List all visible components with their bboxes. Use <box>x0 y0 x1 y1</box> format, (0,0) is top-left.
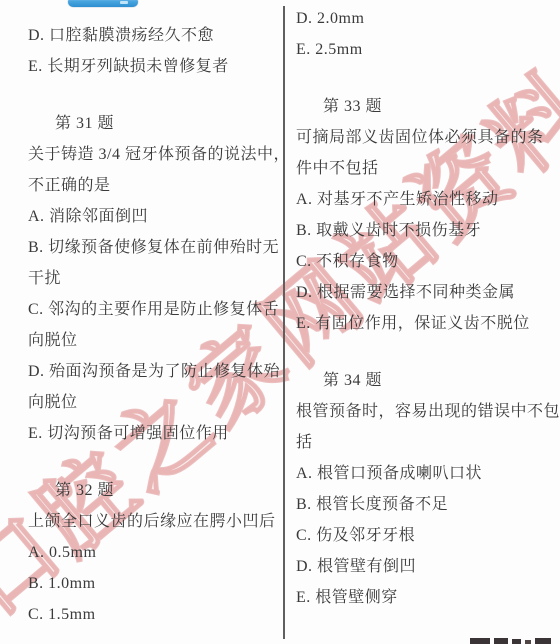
question-text-line: 干扰 <box>28 263 284 294</box>
question-text-line: D. 根管壁有倒凹 <box>296 551 552 582</box>
partial-logo-block <box>470 638 490 644</box>
question-text-line: A. 根管口预备成喇叭口状 <box>296 458 552 489</box>
question-text-line: B. 1.0mm <box>28 568 284 599</box>
question-title: 第 33 题 <box>296 91 552 122</box>
question-text-line: D. 2.0mm <box>296 3 552 34</box>
question-text-line: 向脱位 <box>28 325 284 356</box>
partial-logo-block <box>512 639 521 644</box>
partial-logo-block <box>494 638 508 644</box>
right-column: D. 2.0mmE. 2.5mm第 33 题可摘局部义齿固位体必须具备的条件中不… <box>296 0 552 613</box>
question-text-line: A. 对基牙不产生矫治性移动 <box>296 184 552 215</box>
question-text-line: D. 殆面沟预备是为了防止修复体殆 <box>28 356 284 387</box>
left-column: D. 口腔黏膜溃疡经久不愈E. 长期牙列缺损未曾修复者第 31 题关于铸造 3/… <box>28 0 284 630</box>
question-text-line: 上颌全口义齿的后缘应在腭小凹后 <box>28 506 284 537</box>
question-text-line: E. 长期牙列缺损未曾修复者 <box>28 51 284 82</box>
question-text-line: E. 根管壁侧穿 <box>296 582 552 613</box>
question-text-line: E. 2.5mm <box>296 34 552 65</box>
partial-logo-block <box>525 640 531 644</box>
question-text-line: C. 不积存食物 <box>296 246 552 277</box>
question-text-line: 不正确的是 <box>28 170 284 201</box>
question-text-line: A. 消除邻面倒凹 <box>28 201 284 232</box>
question-text-line: 可摘局部义齿固位体必须具备的条 <box>296 122 552 153</box>
question-text-line: 件中不包括 <box>296 153 552 184</box>
column-divider <box>283 6 285 639</box>
question-text-line: C. 伤及邻牙牙根 <box>296 520 552 551</box>
document-page: 口腔之家网站资料 D. 口腔黏膜溃疡经久不愈E. 长期牙列缺损未曾修复者第 31… <box>0 0 560 644</box>
question-text-line: 关于铸造 3/4 冠牙体预备的说法中， <box>28 139 284 170</box>
question-text-line: E. 有固位作用，保证义齿不脱位 <box>296 308 552 339</box>
question-text-line: A. 0.5mm <box>28 537 284 568</box>
question-text-line: E. 切沟预备可增强固位作用 <box>28 418 284 449</box>
question-title: 第 31 题 <box>28 108 284 139</box>
question-text-line: D. 口腔黏膜溃疡经久不愈 <box>28 20 284 51</box>
question-title: 第 34 题 <box>296 365 552 396</box>
question-text-line: 根管预备时，容易出现的错误中不包 <box>296 396 552 427</box>
partial-logo-block <box>535 638 551 644</box>
question-text-line: 向脱位 <box>28 387 284 418</box>
question-title: 第 32 题 <box>28 475 284 506</box>
question-text-line: B. 取戴义齿时不损伤基牙 <box>296 215 552 246</box>
question-text-line: C. 邻沟的主要作用是防止修复体舌 <box>28 294 284 325</box>
question-text-line: B. 切缘预备使修复体在前伸殆时无 <box>28 232 284 263</box>
question-text-line: D. 根据需要选择不同种类金属 <box>296 277 552 308</box>
question-text-line: B. 根管长度预备不足 <box>296 489 552 520</box>
question-text-line: 括 <box>296 427 552 458</box>
partial-logo <box>470 638 551 644</box>
question-text-line: C. 1.5mm <box>28 599 284 630</box>
